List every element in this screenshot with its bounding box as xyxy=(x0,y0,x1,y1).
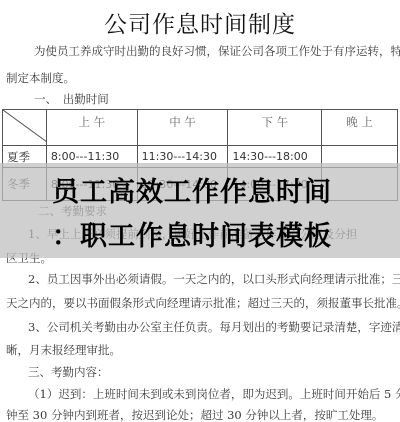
document-title: 公司作息时间制度 xyxy=(0,6,400,39)
overlay-title-line-2: ：职工作息时间表模板 xyxy=(52,214,332,253)
item2-line-1: 2、员工因事外出必须请假。一天之内的，以口头形式向经理请示批准；三 xyxy=(28,272,400,286)
section-heading-attendance-content: 三、考勤内容： xyxy=(28,365,109,379)
header-evening: 晚 上 xyxy=(322,110,398,146)
header-noon: 中 午 xyxy=(137,110,228,146)
intro-line-2: 制定本制度。 xyxy=(6,71,75,85)
header-afternoon: 下 午 xyxy=(228,110,322,146)
diagonal-line-icon xyxy=(3,110,47,142)
header-morning: 上 午 xyxy=(46,110,137,146)
diagonal-header-cell xyxy=(3,110,47,146)
item3-line-1: 3、公司机关考勤由办公室主任负责。每月划出的考勤要记录清楚，字迹清 xyxy=(28,320,400,334)
item3-line-2: 晰，月末报经理审批。 xyxy=(6,343,121,357)
section-heading-attendance-time: 一、 出勤时间 xyxy=(34,92,109,106)
intro-line-1: 为使员工养成守时出勤的良好习惯，保证公司各项工作处于有序运转，特 xyxy=(34,44,400,58)
overlay-title-line-1: 员工高效工作作息时间 xyxy=(52,170,332,209)
table-header-row: 上 午 中 午 下 午 晚 上 xyxy=(3,110,398,146)
item2-line-2: 天之内的，要以书面假条形式向经理请示批准；超过三天的，须报董事长批准。 xyxy=(6,296,400,310)
late-rule-line-2: 钟至 30 分钟内到班者，按迟到论处；超过 30 分钟以上者，按旷工处理。 xyxy=(6,408,383,422)
late-rule-line-1: （1）迟到：上班时间未到或未到岗位者，即为迟到。上班时间开始后 5 分 xyxy=(28,387,400,401)
